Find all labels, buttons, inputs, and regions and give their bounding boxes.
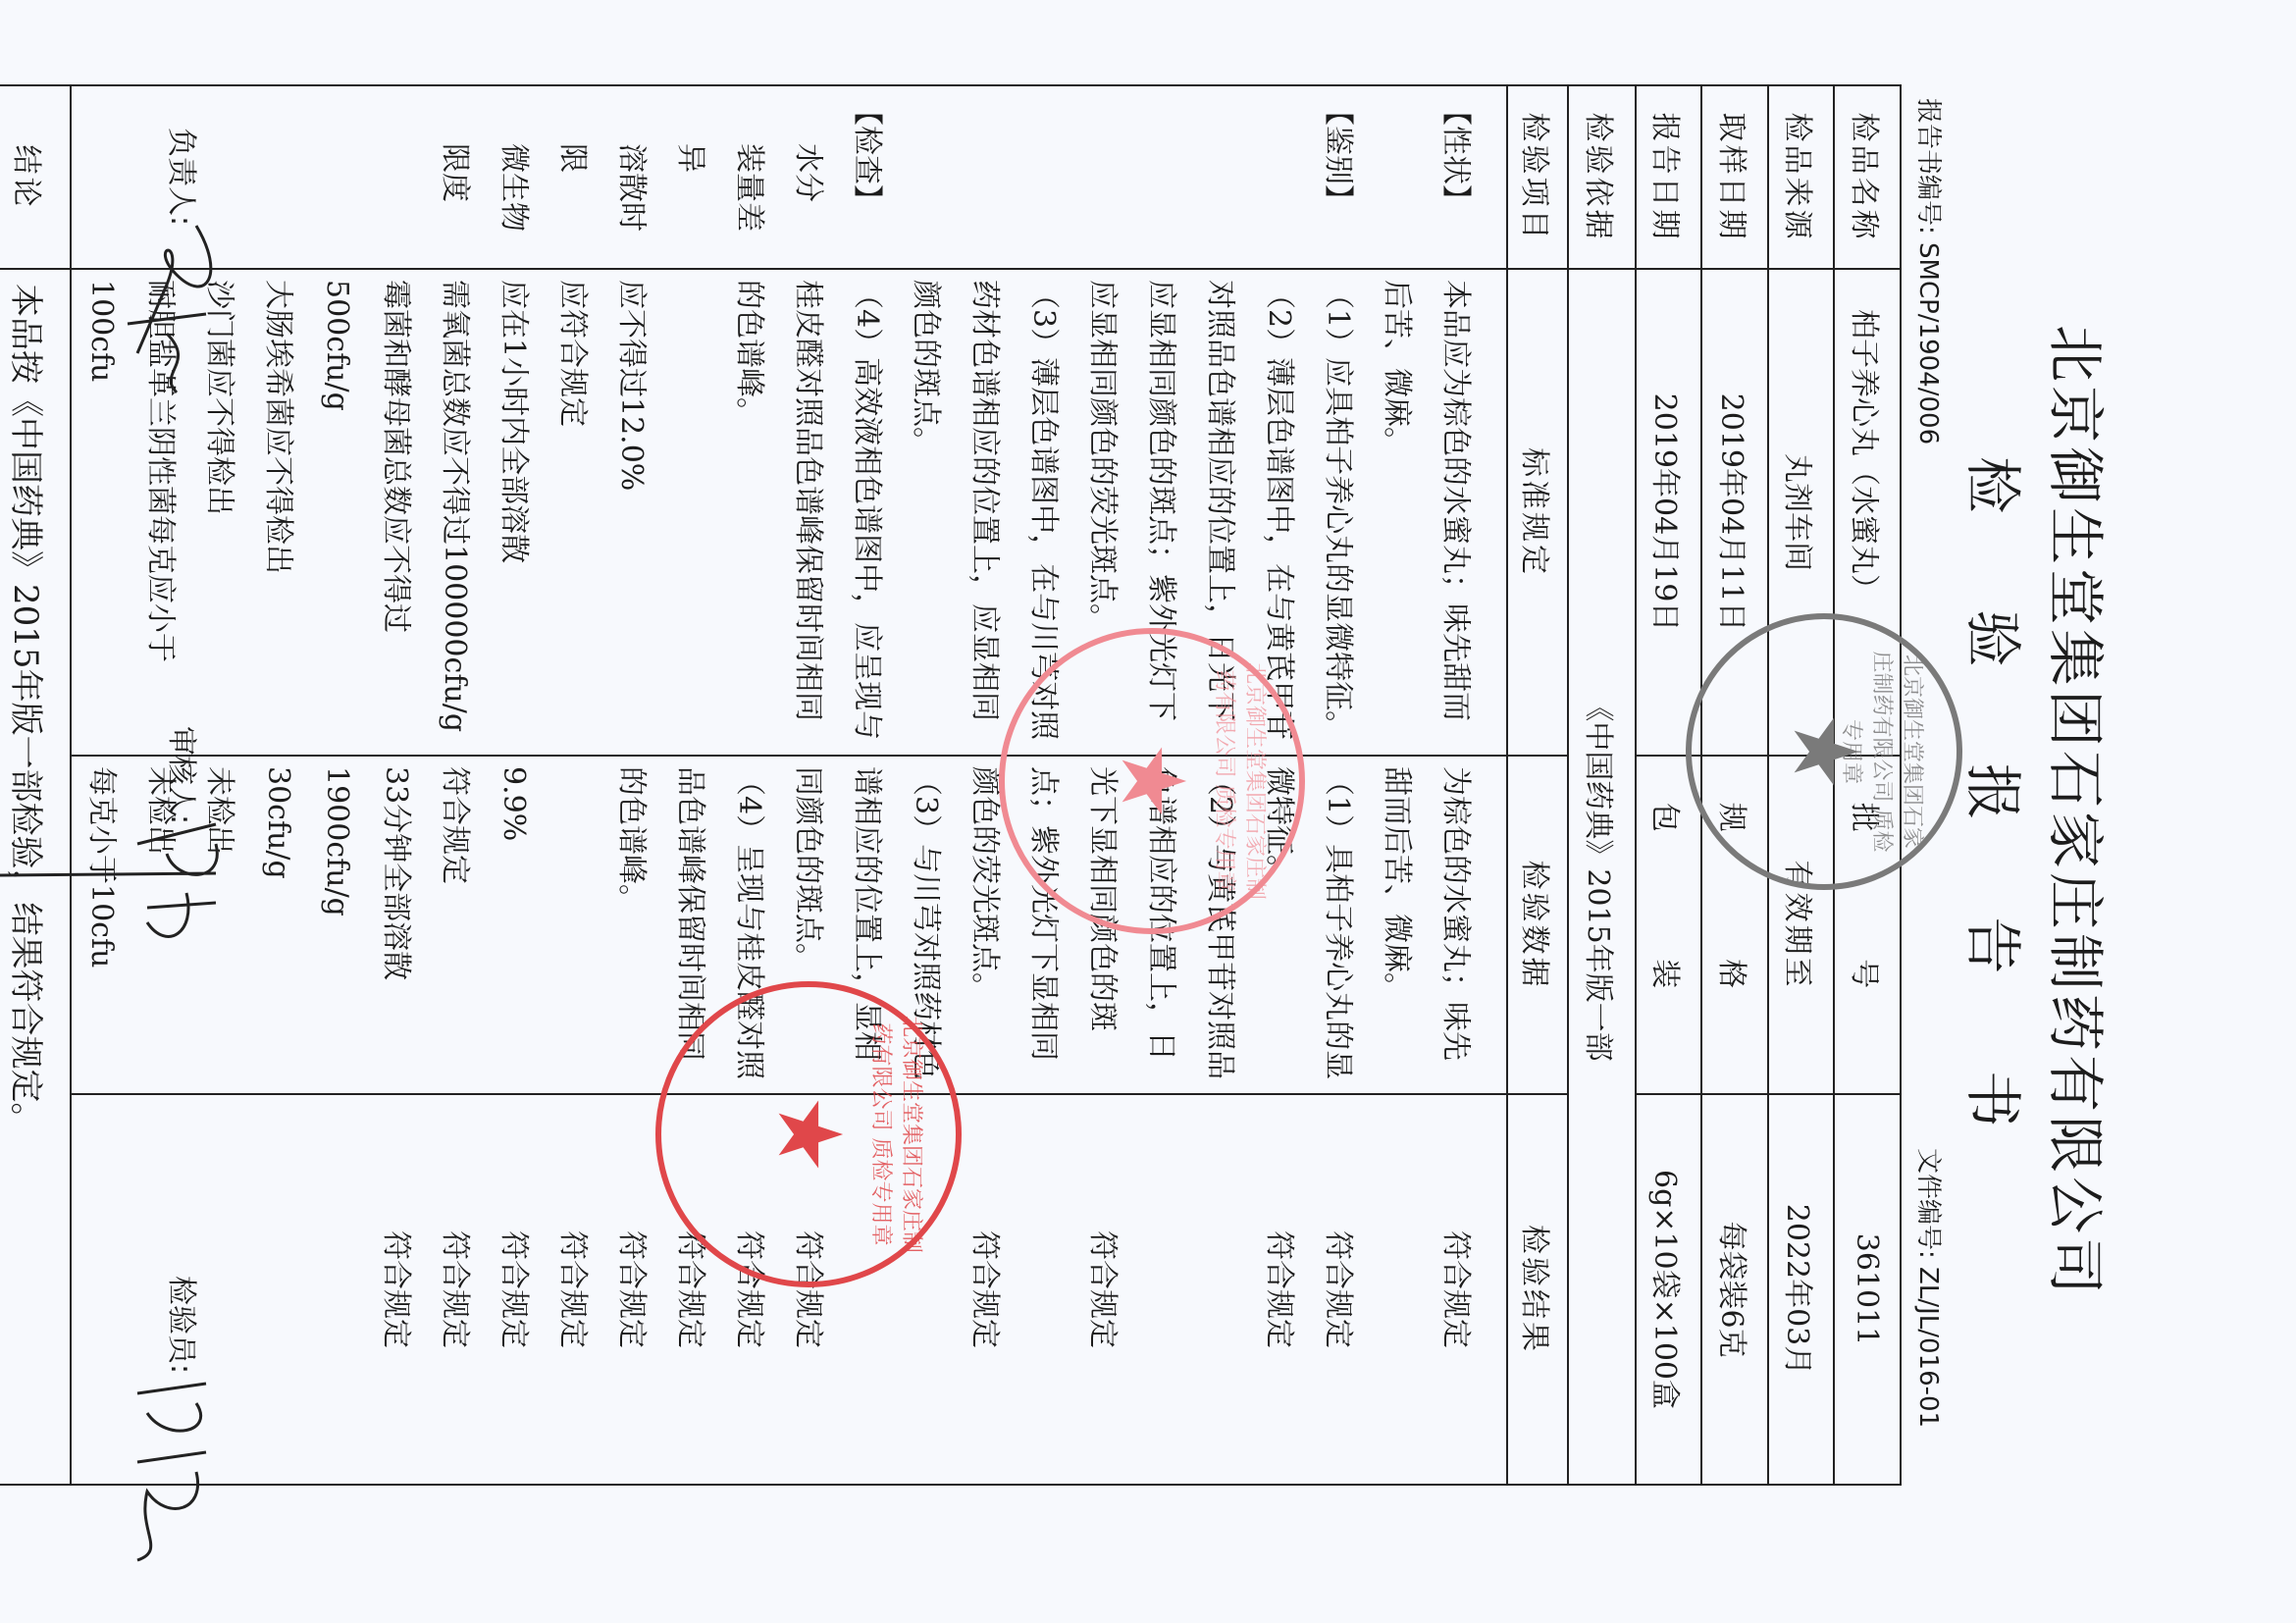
standard-text: 应在1小时内全部溶散 xyxy=(484,280,543,745)
report-number: 报告书编号: SMCP/1904/006 xyxy=(1912,98,1949,445)
result-text: 符合规定 xyxy=(1308,1105,1367,1474)
result-text: 符合规定 xyxy=(484,1105,543,1474)
quality-stamp-pink: 北京御生堂集团石家庄制药有限公司 质检专用章 ★ xyxy=(999,628,1305,934)
standard-text: 霉菌和酵母菌总数应不得过500cfu/g xyxy=(307,280,425,745)
reviewer-signature: 审核人: xyxy=(163,726,206,824)
standard-column: 本品应为棕色的水蜜丸；味先甜而后苦、微麻。（1）应具柏子养心丸的显微特征。（2）… xyxy=(71,269,1507,756)
item-label xyxy=(1131,96,1308,258)
quality-stamp-red: 北京御生堂集团石家庄制药有限公司 质检专用章 ★ xyxy=(655,981,962,1287)
package-label: 包 装 xyxy=(1636,756,1701,1094)
report-number-label: 报告书编号: xyxy=(1913,98,1943,235)
inspector-signature-scribble xyxy=(118,1374,226,1570)
item-label: 【性状】 xyxy=(1367,96,1485,258)
product-name-label: 检品名称 xyxy=(1834,85,1901,269)
package-value: 6g×10袋×100盒 xyxy=(1636,1094,1701,1485)
expiry-value: 2022年03月 xyxy=(1768,1094,1834,1485)
standard-text: 大肠埃希菌应不得检出 xyxy=(248,280,307,745)
standard-text: 本品应为棕色的水蜜丸；味先甜而后苦、微麻。 xyxy=(1367,280,1485,745)
conclusion-row: 结论 本品按《中国药典》2015年版一部检验，结果符合规定。 xyxy=(0,85,71,1485)
standard-text: 应符合规定 xyxy=(543,280,601,745)
result-text: 符合规定 xyxy=(425,1105,484,1474)
basis-label: 检验依据 xyxy=(1568,85,1636,269)
item-label: 微生物限度 xyxy=(425,96,543,258)
info-row-basis: 检验依据 《中国药典》2015年版一部 xyxy=(1568,85,1636,1485)
col-item: 检验项目 xyxy=(1507,85,1568,269)
result-text: 符合规定 xyxy=(1131,1105,1308,1474)
item-label: 【鉴别】 xyxy=(1308,96,1367,258)
file-number: 文件编号: ZL/JL/016-01 xyxy=(1912,1148,1949,1428)
section-label: 【检查】 xyxy=(837,96,896,258)
responsible-label: 负责人: xyxy=(164,128,198,226)
report-number-value: SMCP/1904/006 xyxy=(1913,242,1943,445)
report-date-label: 报告日期 xyxy=(1636,85,1701,269)
item-label xyxy=(1014,96,1131,258)
inspection-report-page: 北京御生堂集团石家庄制药有限公司 检 验 报 告 书 报告书编号: SMCP/1… xyxy=(0,0,2296,1623)
item-label: 装量差异 xyxy=(660,96,778,258)
result-text: 符合规定 xyxy=(366,1105,425,1474)
responsible-signature-scribble xyxy=(118,216,226,412)
company-name: 北京御生堂集团石家庄制药有限公司 xyxy=(2039,0,2121,1623)
standard-text: 应不得过12.0% xyxy=(601,280,660,745)
col-result: 检验结果 xyxy=(1507,1094,1568,1485)
document-title-text: 检 验 报 告 书 xyxy=(1957,456,2039,1167)
data-text: 符合规定 xyxy=(425,766,484,1083)
inspector-signature: 检验员: xyxy=(163,1276,206,1374)
file-number-value: ZL/JL/016-01 xyxy=(1913,1267,1943,1428)
item-label: 水分 xyxy=(778,96,837,258)
result-text: 符合规定 xyxy=(1367,1105,1485,1474)
data-text: 9.9% xyxy=(484,766,543,1083)
spacer xyxy=(543,766,601,1083)
data-text: 1900cfu/g xyxy=(307,766,366,1083)
item-label xyxy=(896,96,1014,258)
item-label: 溶散时限 xyxy=(543,96,660,258)
report-date-value: 2019年04月19日 xyxy=(1636,269,1701,756)
column-header-row: 检验项目 标准规定 检验数据 检验结果 xyxy=(1507,85,1568,1485)
reviewer-signature-scribble xyxy=(0,814,235,1011)
quality-stamp-grey: 北京御生堂集团石家庄制药有限公司 质检专用章 ★ xyxy=(1686,613,1962,890)
standard-text: （4）高效液相色谱图中，应呈现与桂皮醛对照品色谱峰保留时间相同的色谱峰。 xyxy=(719,280,896,745)
conclusion-label: 结论 xyxy=(0,85,71,269)
responsible-signature: 负责人: xyxy=(163,128,206,226)
sample-date-label: 取样日期 xyxy=(1701,85,1768,269)
data-text: 30cfu/g xyxy=(248,766,307,1083)
result-text: 符合规定 xyxy=(543,1105,601,1474)
stamp-grey-text: 北京御生堂集团石家庄制药有限公司 质检专用章 xyxy=(1719,647,1929,857)
basis-value: 《中国药典》2015年版一部 xyxy=(1568,269,1636,1485)
col-data: 检验数据 xyxy=(1507,756,1568,1094)
data-text: 为棕色的水蜜丸；味先甜而后苦、微麻。 xyxy=(1367,766,1485,1083)
file-number-label: 文件编号: xyxy=(1913,1148,1943,1259)
col-standard: 标准规定 xyxy=(1507,269,1568,756)
item-label xyxy=(248,96,307,258)
stamp-red-text: 北京御生堂集团石家庄制药有限公司 质检专用章 xyxy=(689,1015,928,1254)
result-text: 符合规定 xyxy=(1014,1105,1131,1474)
standard-text: 需氧菌总数应不得过100000cfu/g xyxy=(425,280,484,745)
spacer xyxy=(660,280,719,745)
stamp-pink-text: 北京御生堂集团石家庄制药有限公司 质检专用章 xyxy=(1032,661,1272,901)
spec-value: 每袋装6克 xyxy=(1701,1094,1768,1485)
items-column: 【性状】【鉴别】【检查】水分装量差异溶散时限微生物限度 xyxy=(71,85,1507,269)
document-title: 检 验 报 告 书 xyxy=(1957,0,2039,1623)
item-label xyxy=(366,96,425,258)
data-text: 33分钟全部溶散 xyxy=(366,766,425,1083)
result-text: 符合规定 xyxy=(601,1105,660,1474)
standard-text: （1）应具柏子养心丸的显微特征。 xyxy=(1308,280,1367,745)
item-label xyxy=(307,96,366,258)
batch-value: 361011 xyxy=(1834,1094,1901,1485)
reviewer-label: 审核人: xyxy=(164,726,198,824)
source-label: 检品来源 xyxy=(1768,85,1834,269)
inspector-label: 检验员: xyxy=(164,1276,198,1374)
report-table: 检品名称 柏子养心丸（水蜜丸） 批 号 361011 检品来源 丸剂车间 有效期… xyxy=(0,84,1902,1486)
